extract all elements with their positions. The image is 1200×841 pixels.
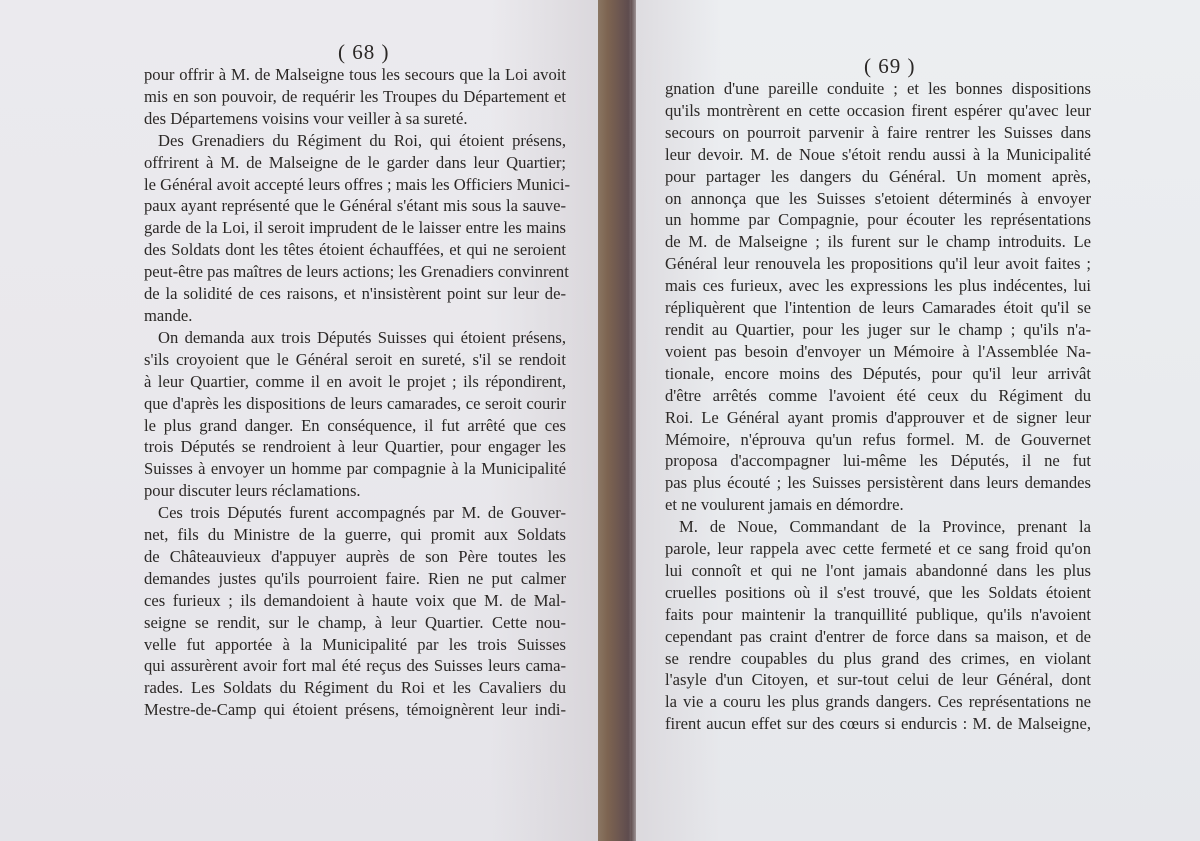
text-line: lui connoît et qui ne l'ont jamais aband… [665, 560, 1091, 582]
text-line: seigne se rendit, sur le champ, à leur Q… [144, 612, 566, 634]
text-line: garde de la Loi, il seroit imprudent de … [144, 217, 566, 239]
right-page-text: gnation d'une pareille conduite ; et les… [665, 78, 1091, 735]
text-line: un homme par Compagnie, pour écouter les… [665, 209, 1091, 231]
text-line: gnation d'une pareille conduite ; et les… [665, 78, 1091, 100]
text-line: Ces trois Députés furent accompagnés par… [144, 502, 566, 524]
text-line: net, fils du Ministre de la guerre, qui … [144, 524, 566, 546]
text-line: le plus grand danger. En conséquence, il… [144, 415, 566, 437]
text-line: faits pour maintenir la tranquillité pub… [665, 604, 1091, 626]
text-line: la vie a couru les plus grands dangers. … [665, 691, 1091, 713]
book-gutter [598, 0, 636, 841]
text-line: s'ils croyoient que le Général seroit en… [144, 349, 566, 371]
text-line: pas plus écouté ; les Suisses persistère… [665, 472, 1091, 494]
text-line: répliquèrent que l'intention de leurs Ca… [665, 297, 1091, 319]
text-line: rendit au Quartier, pour les juger sur l… [665, 319, 1091, 341]
text-line: trois Députés se rendroient à leur Quart… [144, 436, 566, 458]
text-line: pour discuter leurs réclamations. [144, 480, 566, 502]
paragraph: pour offrir à M. de Malseigne tous les s… [144, 64, 566, 130]
text-line: Mémoire, n'éprouva qu'un refus formel. M… [665, 429, 1091, 451]
book-spread: ( 68 ) pour offrir à M. de Malseigne tou… [0, 0, 1200, 841]
text-line: des Départemens voisins vour veiller à s… [144, 108, 566, 130]
text-line: cependant pas craint d'entrer de force d… [665, 626, 1091, 648]
text-line: velle fut apportée à la Municipalité par… [144, 634, 566, 656]
text-line: Roi. Le Général ayant promis d'approuver… [665, 407, 1091, 429]
text-line: d'être arrêtés comme l'avoient été ceux … [665, 385, 1091, 407]
text-line: Général leur renouvela les propositions … [665, 253, 1091, 275]
text-line: ces furieux ; ils demandoient à haute vo… [144, 590, 566, 612]
text-line: l'asyle d'un Citoyen, et sur-tout celui … [665, 669, 1091, 691]
text-line: secours on pourroit parvenir à faire ren… [665, 122, 1091, 144]
text-line: pour offrir à M. de Malseigne tous les s… [144, 64, 566, 86]
text-line: se rendre coupables du plus grand des cr… [665, 648, 1091, 670]
text-line: M. de Noue, Commandant de la Province, p… [665, 516, 1091, 538]
text-line: des Soldats dont les têtes étoient échau… [144, 239, 566, 261]
text-line: qui assurèrent avoir fort mal été reçus … [144, 655, 566, 677]
page-number-68: ( 68 ) [338, 40, 390, 65]
text-line: rades. Les Soldats du Régiment du Roi et… [144, 677, 566, 699]
text-line: cruelles positions où il s'est trouvé, q… [665, 582, 1091, 604]
text-line: tionale, encore moins des Députés, pour … [665, 363, 1091, 385]
text-line: proposa d'accompagner lui-même les Déput… [665, 450, 1091, 472]
paragraph: gnation d'une pareille conduite ; et les… [665, 78, 1091, 516]
text-line: et ne voulurent jamais en démordre. [665, 494, 1091, 516]
text-line: qu'ils montrèrent en cette occasion fire… [665, 100, 1091, 122]
text-line: mande. [144, 305, 566, 327]
text-line: Des Grenadiers du Régiment du Roi, qui é… [144, 130, 566, 152]
paragraph: M. de Noue, Commandant de la Province, p… [665, 516, 1091, 735]
paragraph: Des Grenadiers du Régiment du Roi, qui é… [144, 130, 566, 327]
right-page: ( 69 ) gnation d'une pareille conduite ;… [636, 0, 1200, 841]
left-page: ( 68 ) pour offrir à M. de Malseigne tou… [0, 0, 598, 841]
paragraph: Ces trois Députés furent accompagnés par… [144, 502, 566, 721]
text-line: le Général avoit accepté leurs offres ; … [144, 174, 566, 196]
text-line: mis en son pouvoir, de requérir les Trou… [144, 86, 566, 108]
text-line: On demanda aux trois Députés Suisses qui… [144, 327, 566, 349]
text-line: que d'après les dispositions de leurs ca… [144, 393, 566, 415]
text-line: Suisses à envoyer un homme par compagnie… [144, 458, 566, 480]
text-line: firent aucun effet sur des cœurs si endu… [665, 713, 1091, 735]
text-line: paux ayant représenté que le Général s'é… [144, 195, 566, 217]
left-page-text: pour offrir à M. de Malseigne tous les s… [144, 64, 566, 721]
text-line: on annonça que les Suisses s'etoient dét… [665, 188, 1091, 210]
text-line: de M. de Malseigne ; ils furent sur le c… [665, 231, 1091, 253]
text-line: de Châteauvieux d'appuyer auprès de son … [144, 546, 566, 568]
text-line: peut-être pas maîtres de leurs actions; … [144, 261, 566, 283]
paragraph: On demanda aux trois Députés Suisses qui… [144, 327, 566, 502]
page-number-69: ( 69 ) [864, 54, 916, 79]
text-line: voient pas besoin d'envoyer un Mémoire à… [665, 341, 1091, 363]
text-line: Mestre-de-Camp qui étoient présens, témo… [144, 699, 566, 721]
text-line: demandes justes qu'ils pourroient faire.… [144, 568, 566, 590]
text-line: leur devoir. M. de Noue s'étoit rendu au… [665, 144, 1091, 166]
text-line: mais ces furieux, avec les expressions l… [665, 275, 1091, 297]
text-line: offrirent à M. de Malseigne de le garder… [144, 152, 566, 174]
text-line: de la solidité de ces raisons, et n'insi… [144, 283, 566, 305]
text-line: pour partager les dangers du Général. Un… [665, 166, 1091, 188]
text-line: à leur Quartier, comme il en avoit le pr… [144, 371, 566, 393]
text-line: parole, leur rappela avec cette fermeté … [665, 538, 1091, 560]
